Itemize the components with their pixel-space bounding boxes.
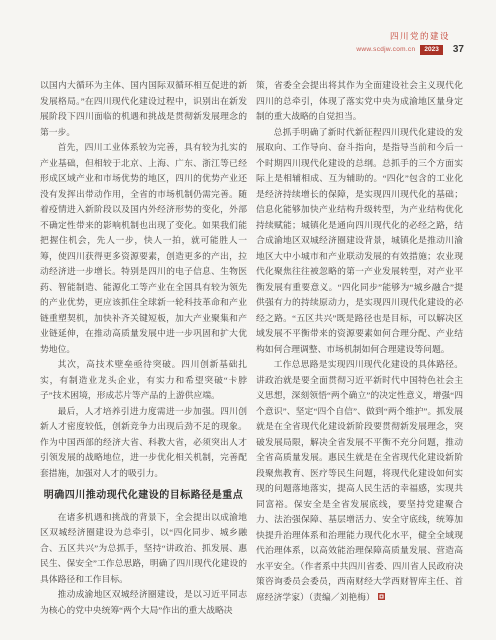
magazine-page: 四川党的建设 www.scdjw.com.cn 2023 37 以国内大循环为主… bbox=[0, 0, 496, 640]
paragraph: 以国内大循环为主体、国内国际双循环相互促进的新发展格局。”在四川现代化建设过程中… bbox=[40, 78, 247, 140]
article-body: 以国内大循环为主体、国内国际双循环相互促进的新发展格局。”在四川现代化建设过程中… bbox=[40, 78, 463, 610]
left-column: 以国内大循环为主体、国内国际双循环相互促进的新发展格局。”在四川现代化建设过程中… bbox=[40, 78, 247, 610]
magazine-website: www.scdjw.com.cn bbox=[356, 46, 415, 54]
page-header: 四川党的建设 www.scdjw.com.cn 2023 37 bbox=[356, 31, 464, 56]
article-end-icon bbox=[378, 593, 385, 600]
magazine-title: 四川党的建设 bbox=[356, 31, 464, 42]
paragraph: 总抓手明确了新时代新征程四川现代化建设的发展取向、工作导向、奋斗指向，是指导当前… bbox=[256, 125, 463, 358]
paragraph-text: 工作总思路是实现四川现代化建设的具体路径。讲政治就是要全面贯彻习近平新时代中国特… bbox=[256, 359, 463, 602]
paragraph: 其次，高技术壁垒亟待突破。四川创新基础扎实，有制造业龙头企业，有实力和希望突破“… bbox=[40, 357, 247, 404]
paragraph: 最后，人才培养引进力度需进一步加强。四川创新人才密度较低，创新竞争力出现后劲不足… bbox=[40, 404, 247, 482]
paragraph: 策，省委全会提出将其作为全面建设社会主义现代化四川的总牵引，体现了落实党中央为成… bbox=[256, 78, 463, 125]
paragraph: 推动成渝地区双城经济圈建设，是以习近平同志为核心的党中央统筹“两个大局”作出的重… bbox=[40, 587, 247, 618]
issue-year-badge: 2023 bbox=[420, 45, 442, 55]
right-column: 策，省委全会提出将其作为全面建设社会主义现代化四川的总牵引，体现了落实党中央为成… bbox=[256, 78, 463, 610]
masthead-meta-row: www.scdjw.com.cn 2023 37 bbox=[356, 44, 464, 57]
page-number: 37 bbox=[453, 44, 464, 57]
section-heading: 明确四川推动现代化建设的目标路径是重点 bbox=[40, 488, 247, 504]
paragraph: 工作总思路是实现四川现代化建设的具体路径。讲政治就是要全面贯彻习近平新时代中国特… bbox=[256, 357, 463, 605]
paragraph: 在诸多机遇和挑战的背景下，全会提出以成渝地区双城经济圈建设为总牵引，以“四化同步… bbox=[40, 510, 247, 588]
paragraph: 首先，四川工业体系较为完善，具有较为扎实的产业基础，但相较于北京、上海、广东、浙… bbox=[40, 140, 247, 357]
